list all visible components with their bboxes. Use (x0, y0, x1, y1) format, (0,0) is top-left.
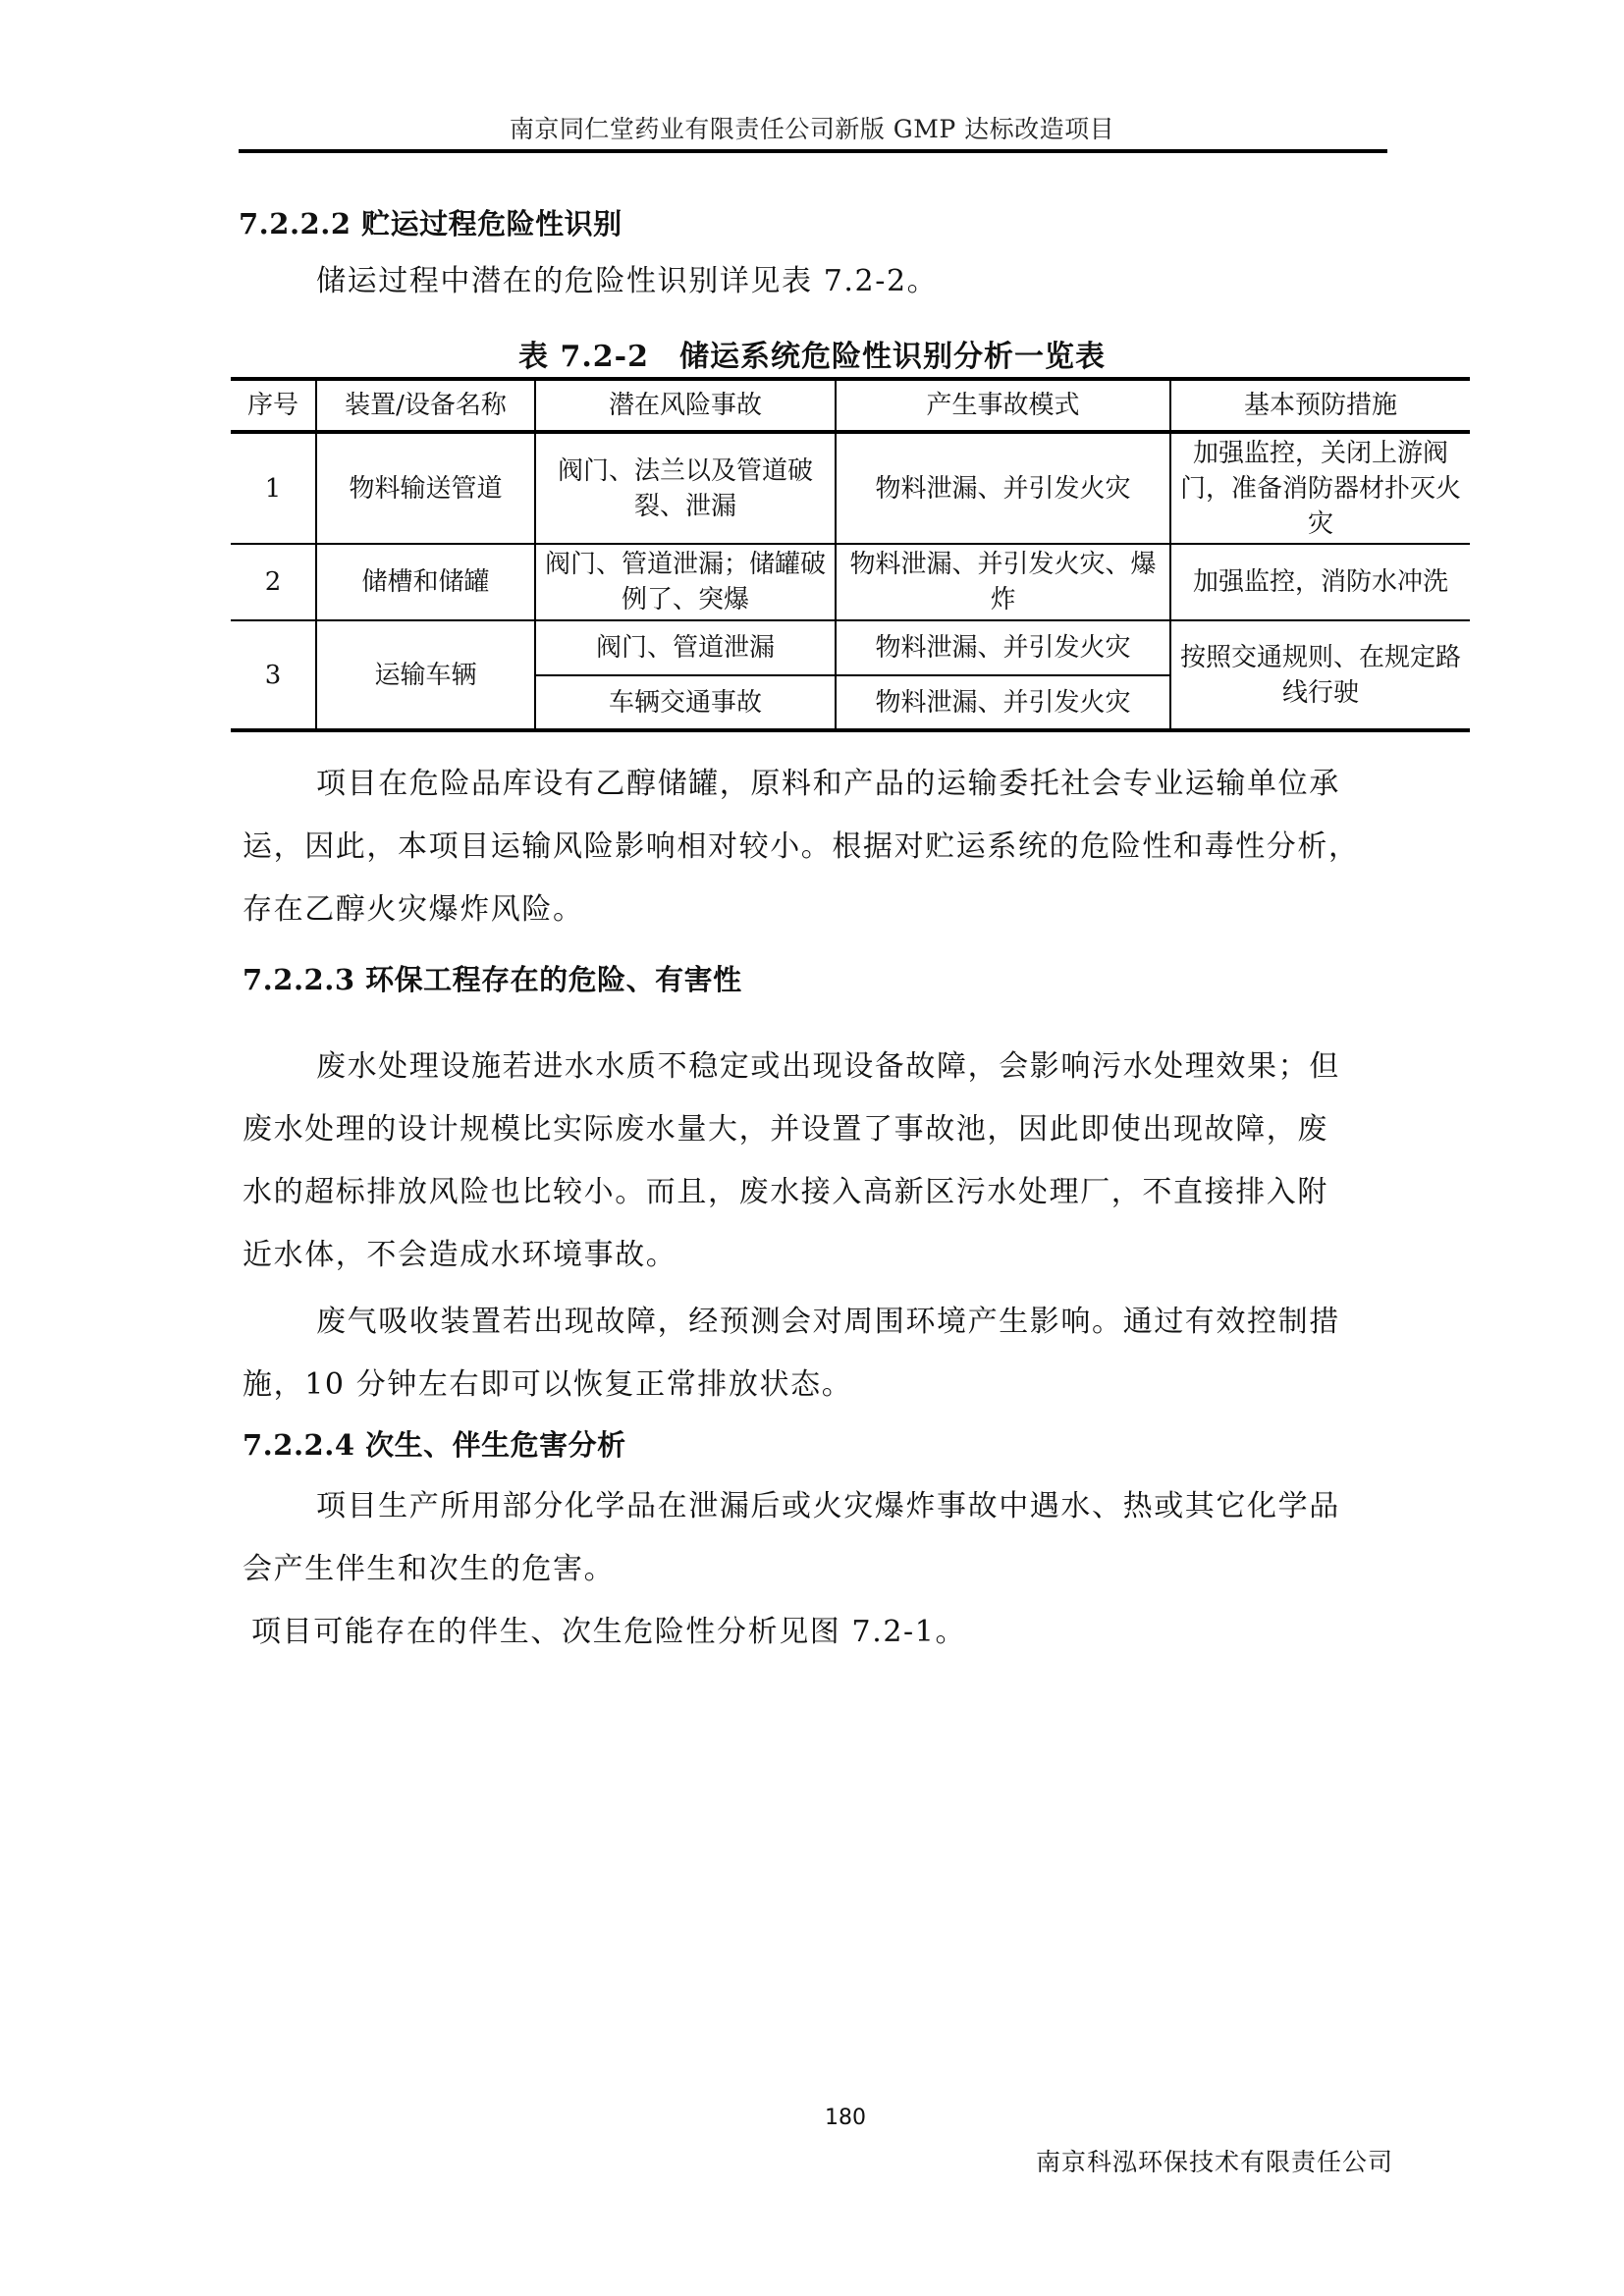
table-header-row: 序号 装置/设备名称 潜在风险事故 产生事故模式 基本预防措施 (231, 379, 1470, 432)
paragraph-line: 施，10 分钟左右即可以恢复正常排放状态。 (243, 1357, 852, 1413)
cell-device: 储槽和储罐 (316, 544, 535, 620)
cell-risk: 阀门、管道泄漏；储罐破例了、突爆 (535, 544, 836, 620)
paragraph-line: 近水体，不会造成水环境事故。 (243, 1227, 677, 1283)
cell-device: 运输车辆 (316, 620, 535, 730)
table-row: 1 物料输送管道 阀门、法兰以及管道破裂、泄漏 物料泄漏、并引发火灾 加强监控，… (231, 432, 1470, 544)
cell-mode: 物料泄漏、并引发火灾、爆炸 (836, 544, 1170, 620)
section-heading-7-2-2-2: 7.2.2.2 贮运过程危险性识别 (239, 202, 623, 242)
column-header: 潜在风险事故 (535, 379, 836, 432)
column-header: 基本预防措施 (1170, 379, 1470, 432)
cell-measure: 加强监控，关闭上游阀门，准备消防器材扑灭火灾 (1170, 432, 1470, 544)
table-row: 2 储槽和储罐 阀门、管道泄漏；储罐破例了、突爆 物料泄漏、并引发火灾、爆炸 加… (231, 544, 1470, 620)
cell-no: 2 (231, 544, 316, 620)
paragraph-line: 项目在危险品库设有乙醇储罐，原料和产品的运输委托社会专业运输单位承 (316, 756, 1340, 812)
cell-mode: 物料泄漏、并引发火灾 (836, 675, 1170, 730)
cell-risk: 车辆交通事故 (535, 675, 836, 730)
cell-device: 物料输送管道 (316, 432, 535, 544)
paragraph-line: 水的超标排放风险也比较小。而且，废水接入高新区污水处理厂，不直接排入附 (243, 1164, 1328, 1220)
cell-measure: 按照交通规则、在规定路线行驶 (1170, 620, 1470, 730)
cell-mode: 物料泄漏、并引发火灾 (836, 620, 1170, 675)
footer-company: 南京科泓环保技术有限责任公司 (1036, 2143, 1393, 2178)
paragraph-line: 项目可能存在的伴生、次生危险性分析见图 7.2-1。 (251, 1604, 966, 1660)
header-rule (239, 149, 1387, 153)
cell-no: 3 (231, 620, 316, 730)
section-heading-7-2-2-4: 7.2.2.4 次生、伴生危害分析 (243, 1423, 626, 1464)
cell-measure: 加强监控，消防水冲洗 (1170, 544, 1470, 620)
column-header: 装置/设备名称 (316, 379, 535, 432)
risk-identification-table: 序号 装置/设备名称 潜在风险事故 产生事故模式 基本预防措施 1 物料输送管道… (231, 377, 1470, 732)
section-heading-7-2-2-3: 7.2.2.3 环保工程存在的危险、有害性 (243, 958, 742, 998)
paragraph-line: 会产生伴生和次生的危害。 (243, 1541, 615, 1597)
cell-mode: 物料泄漏、并引发火灾 (836, 432, 1170, 544)
paragraph-intro: 储运过程中潜在的危险性识别详见表 7.2-2。 (316, 253, 938, 309)
paragraph-line: 废气吸收装置若出现故障，经预测会对周围环境产生影响。通过有效控制措 (316, 1294, 1340, 1350)
table-caption: 表 7.2-2 储运系统危险性识别分析一览表 (0, 332, 1624, 375)
cell-risk: 阀门、法兰以及管道破裂、泄漏 (535, 432, 836, 544)
cell-risk: 阀门、管道泄漏 (535, 620, 836, 675)
column-header: 产生事故模式 (836, 379, 1170, 432)
paragraph-line: 存在乙醇火灾爆炸风险。 (243, 881, 584, 937)
page-number: 180 (825, 2106, 866, 2130)
paragraph-line: 项目生产所用部分化学品在泄漏后或火灾爆炸事故中遇水、热或其它化学品 (316, 1478, 1340, 1534)
paragraph-line: 废水处理设施若进水水质不稳定或出现设备故障，会影响污水处理效果；但 (316, 1039, 1340, 1095)
running-header: 南京同仁堂药业有限责任公司新版 GMP 达标改造项目 (0, 110, 1624, 145)
paragraph-line: 废水处理的设计规模比实际废水量大，并设置了事故池，因此即使出现故障，废 (243, 1101, 1328, 1157)
paragraph-line: 运，因此，本项目运输风险影响相对较小。根据对贮运系统的危险性和毒性分析， (243, 819, 1360, 875)
table-row: 3 运输车辆 阀门、管道泄漏 物料泄漏、并引发火灾 按照交通规则、在规定路线行驶 (231, 620, 1470, 675)
cell-no: 1 (231, 432, 316, 544)
column-header: 序号 (231, 379, 316, 432)
